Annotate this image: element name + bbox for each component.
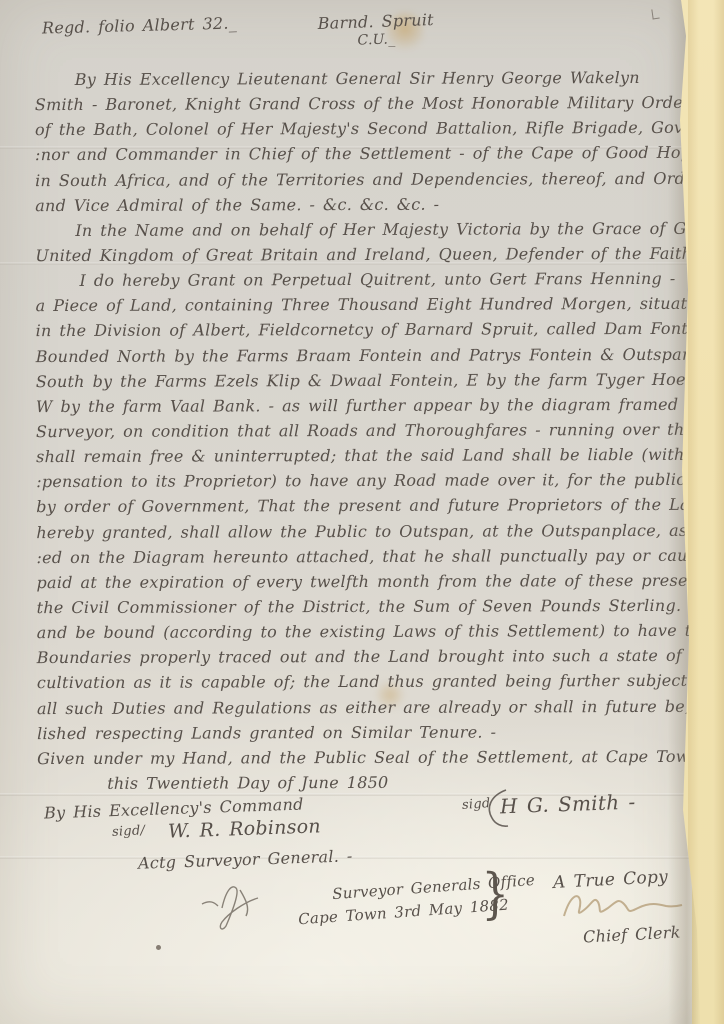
district-note: Barnd. Spruit C.U._ xyxy=(317,10,434,50)
body-line: In the Name and on behalf of Her Majesty… xyxy=(35,216,667,243)
body-line: in the Division of Albert, Fieldcornetcy… xyxy=(36,316,668,343)
body-line: Given under my Hand, and the Public Seal… xyxy=(37,744,669,771)
manuscript-page: Regd. folio Albert 32._ Barnd. Spruit C.… xyxy=(0,0,692,1024)
body-line: cultivation as it is capable of; the Lan… xyxy=(37,668,669,695)
body-line: paid at the expiration of every twelfth … xyxy=(36,568,668,595)
body-line: :pensation to its Proprietor) to have an… xyxy=(36,467,668,494)
clerk-title: Chief Clerk xyxy=(583,922,681,946)
body-line: Bounded North by the Farms Braam Fontein… xyxy=(36,341,668,368)
body-line: :ed on the Diagram hereunto attached, th… xyxy=(36,543,668,570)
secretary-signature: W. R. Robinson xyxy=(168,815,322,842)
body-line: the Civil Commissioner of the District, … xyxy=(37,593,669,620)
body-line: shall remain free & uninterrupted; that … xyxy=(36,442,668,469)
governor-signature: H G. Smith - xyxy=(500,790,636,819)
body-line: hereby granted, shall allow the Public t… xyxy=(36,517,668,544)
body-line: in South Africa, and of the Territories … xyxy=(35,165,667,192)
district-name: Barnd. Spruit xyxy=(317,10,434,33)
body-line: Smith - Baronet, Knight Grand Cross of t… xyxy=(35,90,667,117)
body-line: I do hereby Grant on Perpetual Quitrent,… xyxy=(35,266,667,293)
clerk-initials-paraph xyxy=(196,878,266,934)
pen-tick-mark xyxy=(651,9,659,20)
body-line: :nor and Commander in Chief of the Settl… xyxy=(35,140,667,167)
sigd-abbrev-left: sigd/ xyxy=(112,823,146,840)
body-line: and be bound (according to the existing … xyxy=(37,618,669,645)
body-line: Surveyor, on condition that all Roads an… xyxy=(36,417,668,444)
body-line: Boundaries properly traced out and the L… xyxy=(37,643,669,670)
body-line: lished respecting Lands granted on Simil… xyxy=(37,719,669,746)
backing-board xyxy=(688,0,724,1024)
body-line: all such Duties and Regulations as eithe… xyxy=(37,693,669,720)
body-line: W by the farm Vaal Bank. - as will furth… xyxy=(36,392,668,419)
registry-folio-note: Regd. folio Albert 32._ xyxy=(42,13,237,37)
body-line: of the Bath, Colonel of Her Majesty's Se… xyxy=(35,115,667,142)
office-brace: } xyxy=(481,862,509,925)
grant-body-text: By His Excellency Lieutenant General Sir… xyxy=(35,65,670,796)
body-line: By His Excellency Lieutenant General Sir… xyxy=(35,65,667,92)
body-line: United Kingdom of Great Britain and Irel… xyxy=(35,241,667,268)
body-line: by order of Government, That the present… xyxy=(36,492,668,519)
office-stamp-line2: Cape Town 3rd May 1882 xyxy=(298,896,510,929)
document-scan: Regd. folio Albert 32._ Barnd. Spruit C.… xyxy=(0,0,724,1024)
clerk-signature xyxy=(558,886,686,926)
body-line: South by the Farms Ezels Klip & Dwaal Fo… xyxy=(36,367,668,394)
secretary-title: Actg Surveyor General. - xyxy=(138,846,353,872)
ink-blot xyxy=(156,945,161,950)
body-line: and Vice Admiral of the Same. - &c. &c. … xyxy=(35,191,667,218)
body-line: a Piece of Land, containing Three Thousa… xyxy=(36,291,668,318)
